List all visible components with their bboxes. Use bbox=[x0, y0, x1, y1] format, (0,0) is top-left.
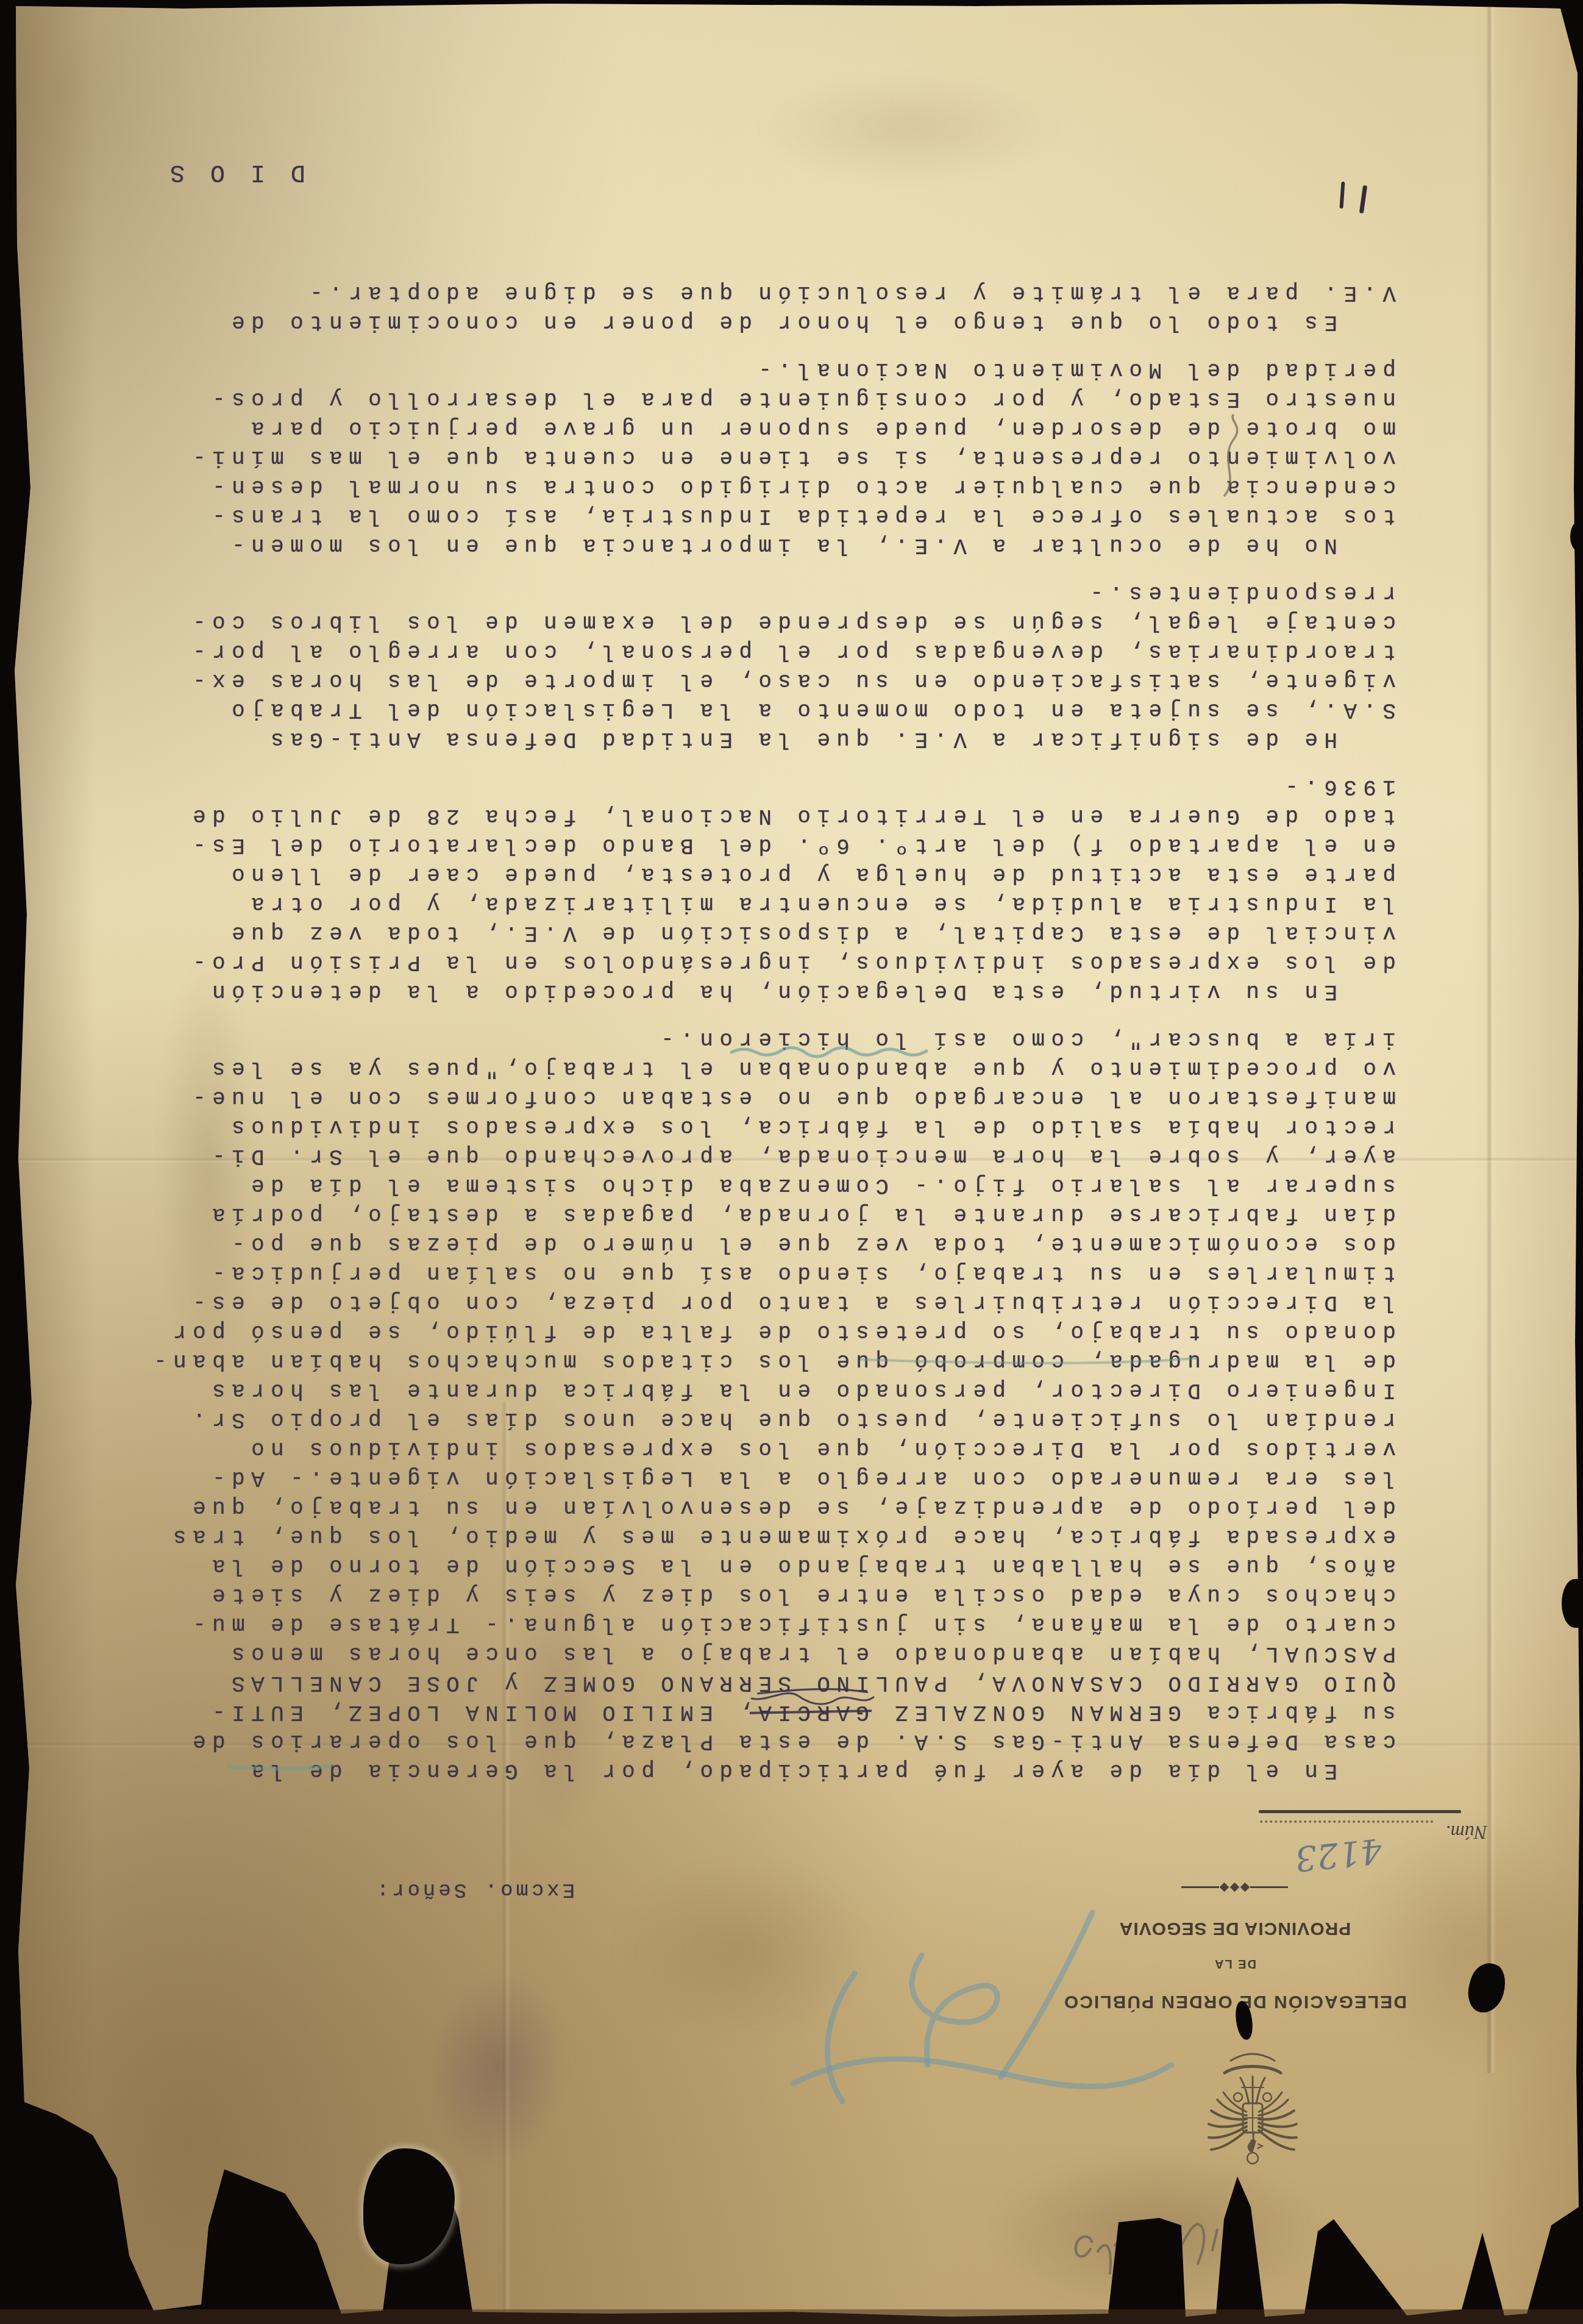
typed-line: traordinarias, devengadas por el persona… bbox=[171, 636, 1396, 666]
typed-line: de la madrugada, comprobó que los citado… bbox=[171, 1346, 1396, 1375]
typed-line: parte esta actitud de huelga y protesta,… bbox=[171, 860, 1396, 889]
diamond-icon bbox=[1240, 1882, 1250, 1892]
typed-line: rrespondientes.- bbox=[171, 578, 1396, 607]
typed-line: expresada fábrica, hace próximamente mes… bbox=[171, 1522, 1396, 1551]
typed-line: de los expresados individuos, ingresándo… bbox=[171, 947, 1396, 977]
typed-line: ayer, y sobre la hora mencionada, aprove… bbox=[171, 1141, 1396, 1171]
handwritten-correction-scribble bbox=[745, 1686, 877, 1711]
document-content-upside-down: DELEGACIÓN DE ORDEN PÚBLICO DE LA PROVIN… bbox=[0, 0, 1583, 2324]
typed-line: S.A., se sujeta en todo momento a la Leg… bbox=[171, 695, 1396, 724]
typed-line: casa Defensa Anti-Gas S.A. de esta Plaza… bbox=[171, 1727, 1396, 1756]
typed-line: centaje legal, según se desprende del ex… bbox=[171, 607, 1396, 636]
torn-hole bbox=[363, 2148, 455, 2264]
teal-underline-abandonaban bbox=[728, 1040, 930, 1064]
teal-underline-comprobo bbox=[858, 1351, 1199, 1369]
handwritten-number: 4123 bbox=[1293, 1830, 1384, 1879]
edge-tear bbox=[1562, 1579, 1583, 1628]
typed-line: peridad del Movimiento Nacional.- bbox=[171, 355, 1396, 384]
typed-line: tado de Guerra en el Territorio Nacional… bbox=[171, 801, 1396, 830]
typed-line: rector había salido de la fábrica, los e… bbox=[171, 1112, 1396, 1141]
typed-line: chachos cuya edad oscila entre los diez … bbox=[171, 1580, 1396, 1609]
eagle-emblem-icon bbox=[1204, 2040, 1301, 2168]
typed-line: años, que se hallaban trabajando en la S… bbox=[171, 1551, 1396, 1580]
typed-line: vincial de esta Capital, a disposición d… bbox=[171, 918, 1396, 947]
typed-line: V.E. para el trámite y resolución que se… bbox=[171, 278, 1396, 307]
typed-line: En el día de ayer fué participado, por l… bbox=[171, 1756, 1396, 1785]
scanned-document-page: DELEGACIÓN DE ORDEN PÚBLICO DE LA PROVIN… bbox=[0, 0, 1583, 2324]
closing-word: D I O S bbox=[165, 158, 305, 185]
typed-line: superar al salario fijo.- Comenzaba dich… bbox=[171, 1171, 1396, 1200]
typed-line: donado su trabajo, so pretesto de falta … bbox=[171, 1317, 1396, 1346]
typed-line: su fábrica GERMAN GONZALEZ GARCIA , EMIL… bbox=[171, 1697, 1396, 1727]
edge-tear bbox=[1570, 522, 1583, 551]
ink-dash-mark bbox=[1359, 185, 1367, 214]
ink-dash-mark bbox=[1339, 182, 1345, 209]
typed-line: dos económicamente, toda vez que el núme… bbox=[171, 1229, 1396, 1258]
blue-pencil-rubric-scribble bbox=[775, 1864, 1184, 2175]
pencil-margin-mark bbox=[1200, 413, 1249, 498]
typed-line: cuarto de la mañana, sin justificación a… bbox=[171, 1609, 1396, 1639]
num-label: Núm. bbox=[1446, 1821, 1487, 1844]
typed-line: En su virtud, esta Delegación, ha proced… bbox=[171, 977, 1396, 1006]
letterhead-rule bbox=[1259, 1810, 1461, 1813]
typed-line: en el apartado f) del artº. 6º. del Band… bbox=[171, 830, 1396, 860]
typed-line: rendían lo suficiente, puesto que hace u… bbox=[171, 1405, 1396, 1434]
typed-line: tos actuales ofrece la repetida Industri… bbox=[171, 501, 1396, 530]
typed-line: vigente, satisfaciendo en su caso, el im… bbox=[171, 666, 1396, 695]
typed-line: PASCUAL, habían abandonado el trabajo a … bbox=[171, 1639, 1396, 1668]
typed-line: 1936.- bbox=[171, 772, 1396, 801]
typed-line: No he de ocultar a V.E., la importancia … bbox=[171, 530, 1396, 560]
bottom-shadow-band bbox=[0, 2309, 1583, 2324]
typed-line: He de significar a V.E. que la Entidad D… bbox=[171, 724, 1396, 754]
paper-sheet: DELEGACIÓN DE ORDEN PÚBLICO DE LA PROVIN… bbox=[0, 0, 1583, 2324]
ornament-rule-right bbox=[1182, 1886, 1220, 1888]
teal-dash-gerencia bbox=[225, 1758, 335, 1775]
struck-word: GARCIA bbox=[752, 1700, 869, 1725]
ornament-rule-left bbox=[1251, 1886, 1289, 1888]
diamond-icon bbox=[1220, 1882, 1229, 1892]
typed-line: la Industria aludida, se encuentra milit… bbox=[171, 889, 1396, 918]
typed-line: la Dirección retribuirles a tanto por pi… bbox=[171, 1288, 1396, 1317]
pencil-signature-scribble bbox=[1016, 2199, 1254, 2303]
typed-line: les era remunerado con arreglo a la Legi… bbox=[171, 1463, 1396, 1492]
typed-line: vertidos por la Dirección, que los expre… bbox=[171, 1434, 1396, 1463]
typed-line: nuestro Estado, y por consiguiente para … bbox=[171, 384, 1396, 413]
letter-body: En el día de ayer fué participado, por l… bbox=[171, 278, 1396, 1785]
typed-line: Ingeniero Director, personado en la fábr… bbox=[171, 1375, 1396, 1405]
salutation: Excmo. Señor: bbox=[374, 1878, 575, 1901]
typed-line: Es todo lo que tengo el honor de poner e… bbox=[171, 307, 1396, 337]
diamond-icon bbox=[1230, 1882, 1240, 1892]
typed-line: del período de aprendizaje, se desenvolv… bbox=[171, 1492, 1396, 1522]
typed-line: manifestaron al encargado que no estaban… bbox=[171, 1083, 1396, 1112]
typed-line: dían fabricarse durante la jornada, paga… bbox=[171, 1200, 1396, 1229]
typed-line: timularles en su trabajo, siendo así que… bbox=[171, 1258, 1396, 1288]
